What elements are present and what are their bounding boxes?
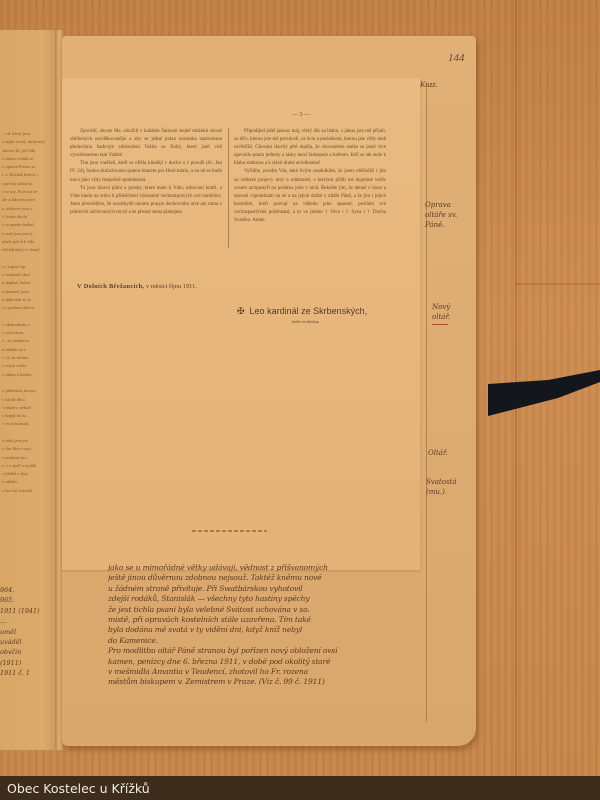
red-underline: [432, 324, 448, 325]
handwriting-line: (1911): [0, 658, 58, 668]
printed-left-column: Zpovědí, abyste Ma. sloužili v každém Ša…: [70, 128, 222, 217]
caption-text: Obec Kostelec u Křížků: [7, 781, 150, 796]
left-page-handwriting: 964.965.1911 (1941)...uměluvádělobvčin(1…: [0, 585, 58, 679]
pasted-pastoral-letter: — 3 — Zpovědí, abyste Ma. sloužili v kaž…: [62, 78, 420, 570]
handwriting-line: do Kamenice.: [108, 636, 468, 646]
signature-title: kníže-arcibiskup.: [292, 319, 320, 324]
date: v měsíci říjnu 1911.: [146, 283, 197, 290]
margin-note-repair: Oprava oltáře sv. Páně.: [425, 200, 457, 230]
handwriting-line: jako se u mimořádné větky udávají, vědno…: [108, 563, 468, 573]
column-divider: [228, 128, 229, 248]
margin-note-line: oltáře sv.: [425, 210, 457, 220]
left-page-print: ...vil. které jsou v teplo levný, milova…: [2, 130, 54, 495]
paragraph: Vyřídíte, prosím Vás, také Svým osadníků…: [234, 168, 386, 225]
handwriting-line: mistě, při opravách kostelních stále uza…: [108, 615, 468, 625]
cross-icon: ✠: [237, 306, 245, 317]
handwriting-line: u žádném straně přivítuje. Při Swatbársk…: [108, 584, 468, 594]
handwriting-line: uváděl: [0, 637, 58, 647]
margin-note-line: Páně.: [425, 220, 457, 230]
handwritten-entry: jako se u mimořádné větky udávají, vědno…: [108, 563, 468, 688]
printed-right-column: Připodíjed ještě jakouz máj, vřelý dík z…: [234, 128, 386, 225]
corner-note: Kozz.: [420, 80, 438, 89]
paragraph: Zpovědí, abyste Ma. sloužili v každém Ša…: [70, 128, 222, 160]
margin-note-tabernacle: Svatostá (mu.): [426, 477, 457, 497]
handwriting-line: obvčin: [0, 647, 58, 657]
margin-note-line: Svatostá: [426, 477, 457, 487]
chronicle-photo: ...vil. které jsou v teplo levný, milova…: [0, 0, 600, 776]
margin-note-line: Nový: [432, 302, 450, 312]
place: V Dolních Břežancích,: [77, 283, 144, 290]
handwriting-line: 964.: [0, 585, 58, 595]
paragraph: Tím jsou vnelšeli, kteří se ofíěla kliad…: [70, 160, 222, 184]
handwriting-line: 1911 č. 1: [0, 668, 58, 678]
paragraph: To jsou hlavní přání a prosby, které mám…: [70, 185, 222, 217]
signature: ✠Leo kardinál ze Skrbenských,: [237, 306, 367, 317]
margin-note-line: Oprava: [425, 200, 457, 210]
margin-note-line: oltář.: [432, 312, 450, 322]
printer-imprint: [192, 530, 267, 532]
handwriting-line: zdejší rodáků, Stanislák — všechny tyto …: [108, 594, 468, 604]
handwriting-line: Pro modlitbu oltář Páně stranou byl poří…: [108, 646, 468, 656]
left-book-page: ...vil. které jsou v teplo levný, milova…: [0, 30, 60, 750]
page-number: 144: [448, 52, 465, 64]
bookmark-ribbon: [488, 368, 600, 418]
printed-page-label: — 3 —: [292, 112, 310, 118]
handwriting-line: uměl: [0, 627, 58, 637]
handwriting-line: byla dodána mě svatá v ty vidění dni, kd…: [108, 625, 468, 635]
wood-plank-seam: [515, 283, 600, 285]
margin-note-line: (mu.): [426, 487, 457, 497]
handwriting-line: v mešmidla Amantia v Teudencí, zhotovil …: [108, 667, 468, 677]
margin-note-altar: Oltář.: [428, 448, 448, 458]
handwriting-line: že jest tichla psaní byla velebné Svátos…: [108, 605, 468, 615]
handwriting-line: 965.: [0, 595, 58, 605]
place-date: V Dolních Břežancích, v měsíci říjnu 191…: [77, 283, 197, 290]
handwriting-line: kamen, penízcy dne 6. března 1911, v dob…: [108, 657, 468, 667]
handwriting-line: městům biskupem v. Zemistrem v Praze. (V…: [108, 677, 468, 687]
handwriting-line: 1911 (1941): [0, 606, 58, 616]
signature-name: Leo kardinál ze Skrbenských,: [250, 306, 368, 316]
handwriting-line: ještě jinou důvěrnou zdobnou nejsouž. Ta…: [108, 573, 468, 583]
caption-bar: Obec Kostelec u Křížků: [0, 776, 600, 800]
paragraph: Připodíjed ještě jakouz máj, vřelý dík z…: [234, 128, 386, 168]
margin-note-new-altar: Nový oltář.: [432, 302, 450, 322]
handwriting-line: ...: [0, 616, 58, 626]
